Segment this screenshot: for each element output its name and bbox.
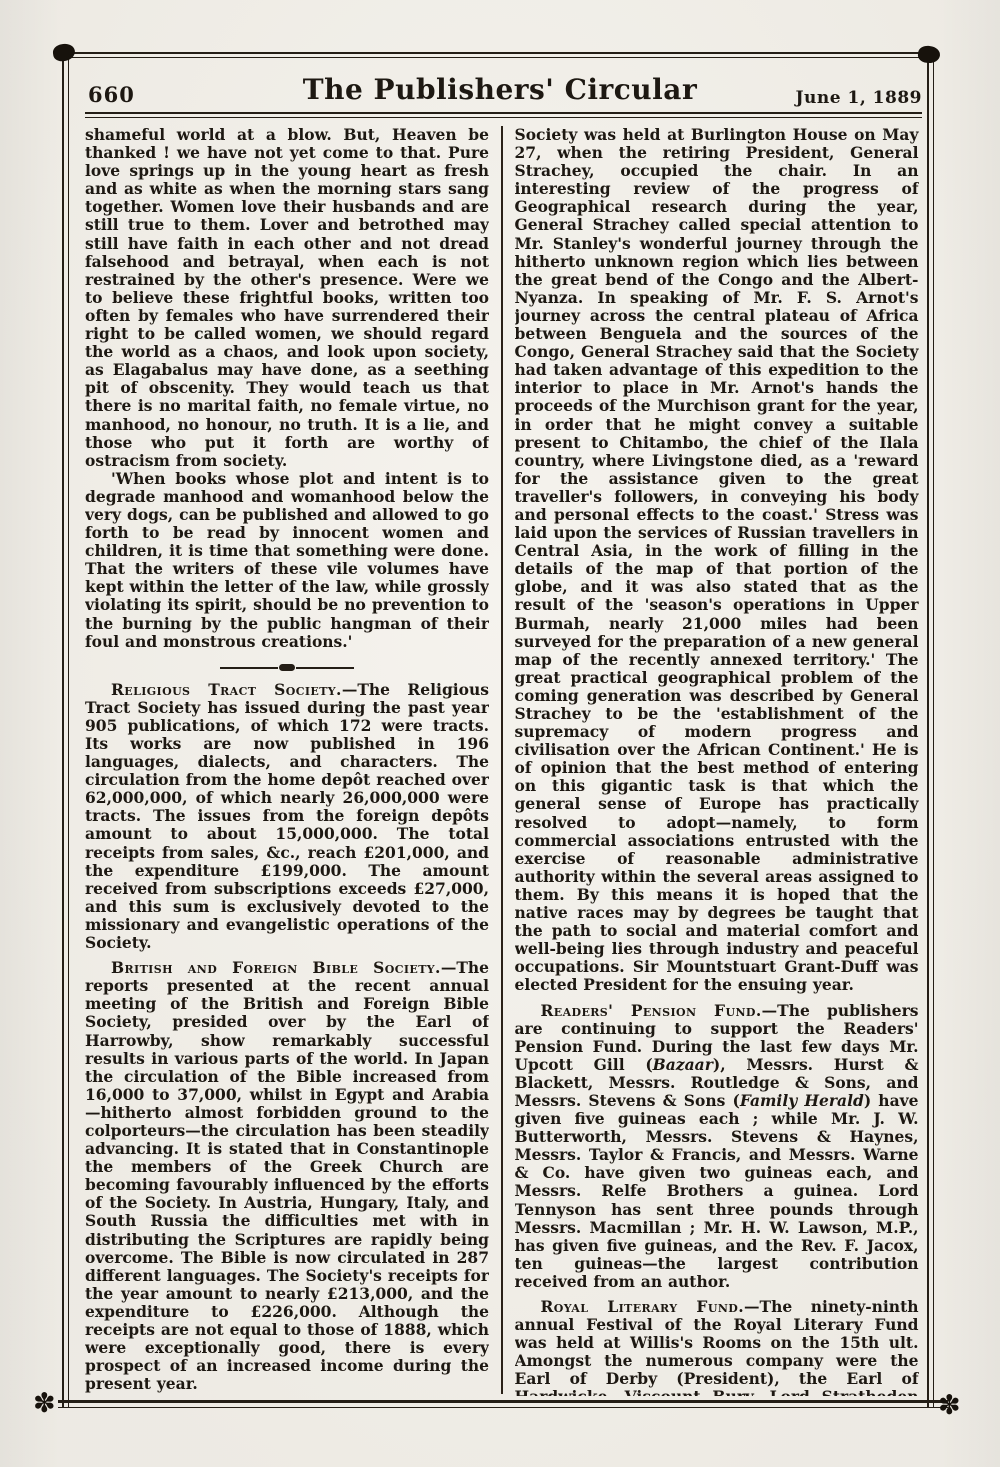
frame-right-rule: [927, 58, 934, 1408]
divider-line: [296, 667, 354, 669]
section-heading: British and Foreign Bible Society.: [111, 958, 441, 977]
scanned-page: { "header": { "page_number": "660", "tit…: [0, 0, 1000, 1467]
section-heading: Royal Literary Fund.: [541, 1297, 745, 1316]
header-divider-rule: [85, 112, 922, 118]
body-text: 'When books whose plot and intent is to …: [85, 469, 489, 651]
content-columns: shameful world at a blow. But, Heaven be…: [85, 126, 919, 1396]
frame-bottom-rule: [58, 1400, 948, 1408]
ink-blotch-top-right: [917, 45, 941, 64]
paragraph: Royal Literary Fund.—The ninety-ninth an…: [515, 1298, 919, 1396]
section-divider-ornament: [85, 664, 489, 672]
paragraph: Readers' Pension Fund.—The publishers ar…: [515, 1002, 919, 1292]
column-divider-rule: [501, 126, 503, 1394]
printer-rosette-icon: ✽: [938, 1392, 961, 1419]
body-text: —The reports presented at the recent ann…: [85, 958, 489, 1393]
frame-left-rule: [62, 56, 69, 1408]
body-text: shameful world at a blow. But, Heaven be…: [85, 126, 489, 470]
divider-dots: [279, 664, 295, 671]
paragraph: British and Foreign Bible Society.—The r…: [85, 959, 489, 1393]
divider-line: [220, 667, 278, 669]
section-heading: Readers' Pension Fund.: [541, 1001, 762, 1020]
italic-text: Bazaar: [653, 1055, 713, 1074]
issue-date: June 1, 1889: [796, 88, 922, 108]
printer-rosette-icon: ✽: [33, 1390, 56, 1417]
ink-blotch-top-left: [52, 43, 76, 63]
paragraph: Religious Tract Society.—The Religious T…: [85, 681, 489, 952]
left-column: shameful world at a blow. But, Heaven be…: [85, 126, 489, 1396]
paragraph: Society was held at Burlington House on …: [515, 126, 919, 995]
section-heading: Religious Tract Society.: [111, 680, 342, 699]
paragraph: 'When books whose plot and intent is to …: [85, 470, 489, 651]
body-text: —The Religious Tract Society has issued …: [85, 680, 489, 952]
right-column: Society was held at Burlington House on …: [515, 126, 919, 1396]
italic-text: Family Herald: [740, 1091, 864, 1110]
paragraph: shameful world at a blow. But, Heaven be…: [85, 126, 489, 470]
body-text: ) have given five guineas each ; while M…: [515, 1091, 919, 1291]
frame-top-rule: [70, 52, 936, 58]
body-text: Society was held at Burlington House on …: [515, 126, 919, 994]
